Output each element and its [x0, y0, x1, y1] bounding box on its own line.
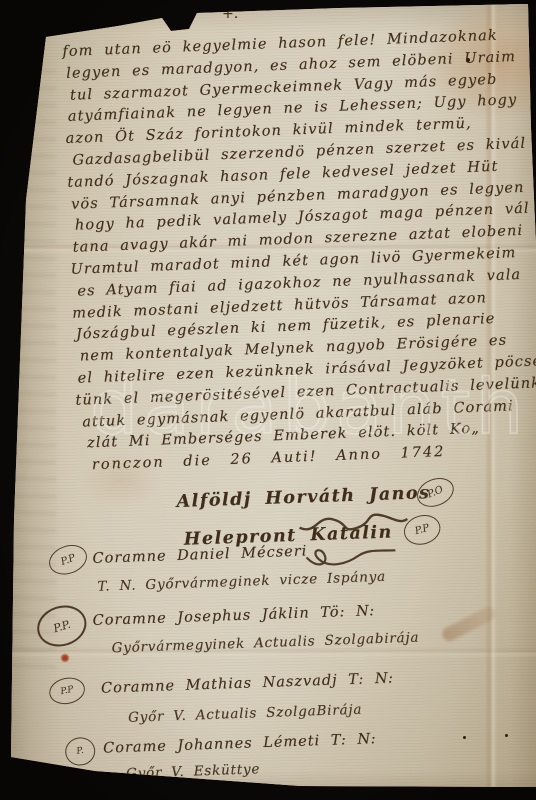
ink-dot [463, 736, 466, 739]
seal-mark: P.P [47, 674, 88, 707]
seal-mark: P.O [413, 473, 458, 512]
witness-title: Győrvármegyinek Actualis Szolgabirája [111, 630, 419, 657]
seal-initials: P.O [426, 484, 445, 500]
red-wax-dot [61, 654, 69, 662]
cross-mark: +. [222, 6, 238, 22]
witness-title: Győr V. Esküttye [126, 761, 261, 782]
photo-background: +. fom utan eö kegyelmie hason fele! Min… [0, 0, 536, 800]
witness-name: Coramne Daniel Mécseri [92, 543, 307, 566]
witness-name: Coramne Josephus Jáklin Tö: N: [92, 603, 375, 629]
witness-name: Coramne Mathias Naszvadj T: N: [101, 670, 394, 696]
signature-flourish [302, 540, 399, 569]
seal-mark: P.P. [32, 600, 92, 653]
witness-title: Győr V. Actualis SzolgaBirája [128, 702, 363, 726]
seal-mark: P.P [45, 540, 91, 580]
witness-title: T. N. Győrvármeginek vicze Ispánya [97, 569, 386, 595]
seal-initials: P.P. [52, 617, 72, 635]
seal-initials: P. [76, 746, 85, 757]
manuscript-body: fom utan eö kegyelmie hason fele! Mindaz… [62, 24, 536, 477]
seal-initials: P.P [60, 685, 75, 698]
seal-initials: P.P [59, 552, 76, 567]
seal-mark: P. [63, 735, 97, 768]
ink-dot [505, 734, 508, 737]
ink-dot [466, 58, 470, 62]
witness-name: Corame Johannes Lémeti T: N: [103, 731, 377, 757]
seal-initials: P.P [414, 523, 431, 538]
manuscript-page: +. fom utan eö kegyelmie hason fele! Min… [0, 0, 536, 800]
